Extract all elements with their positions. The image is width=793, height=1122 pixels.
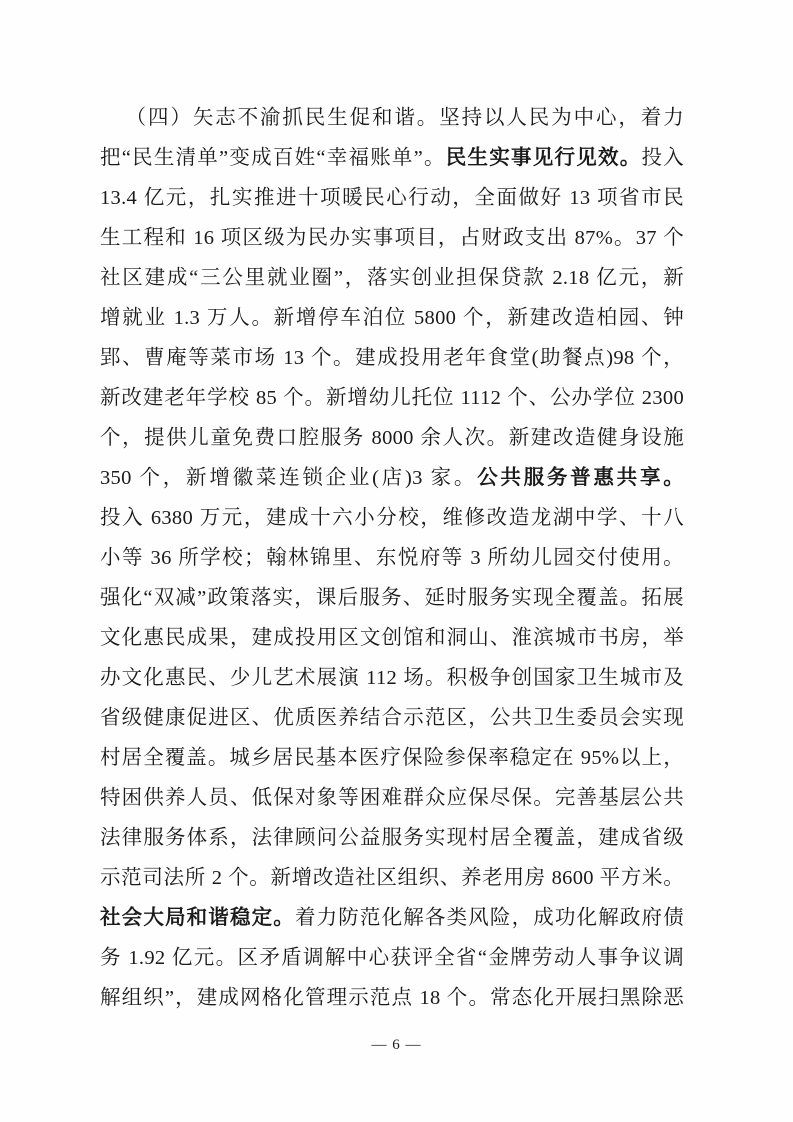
page-footer: — 6 — <box>0 1036 793 1054</box>
body-text: 文化惠民成果，建成投用区文创馆和洞山、淮滨城市书房，举 <box>100 627 684 649</box>
text-line: 13.4 亿元，扎实推进十项暖民心行动，全面做好 13 项省市民 <box>100 178 684 218</box>
body-text: 郢、曹庵等菜市场 13 个。建成投用老年食堂(助餐点)98 个， <box>100 347 684 369</box>
emphasis-text: 社会大局和谐稳定。 <box>100 907 295 929</box>
text-line: 社会大局和谐稳定。着力防范化解各类风险，成功化解政府债 <box>100 898 684 938</box>
body-text: 强化“双减”政策落实，课后服务、延时服务实现全覆盖。拓展 <box>100 587 684 609</box>
text-line: 社区建成“三公里就业圈”，落实创业担保贷款 2.18 亿元，新 <box>100 258 684 298</box>
body-text: （四）矢志不渝抓民生促和谐。坚持以人民为中心，着力 <box>126 107 684 129</box>
body-text: 务 1.92 亿元。区矛盾调解中心获评全省“金牌劳动人事争议调 <box>100 947 684 969</box>
body-text: 社区建成“三公里就业圈”，落实创业担保贷款 2.18 亿元，新 <box>100 267 684 289</box>
document-page: （四）矢志不渝抓民生促和谐。坚持以人民为中心，着力把“民生清单”变成百姓“幸福账… <box>0 0 793 1122</box>
body-text: 特困供养人员、低保对象等困难群众应保尽保。完善基层公共 <box>100 787 684 809</box>
text-line: 新改建老年学校 85 个。新增幼儿托位 1112 个、公办学位 2300 <box>100 378 684 418</box>
body-text: 把“民生清单”变成百姓“幸福账单”。 <box>100 147 446 169</box>
text-line: 把“民生清单”变成百姓“幸福账单”。民生实事见行见效。投入 <box>100 138 684 178</box>
text-line: 法律服务体系，法律顾问公益服务实现村居全覆盖，建成省级 <box>100 818 684 858</box>
body-text: 村居全覆盖。城乡居民基本医疗保险参保率稳定在 95%以上， <box>100 747 684 769</box>
body-text: 增就业 1.3 万人。新增停车泊位 5800 个，新建改造柏园、钟 <box>100 307 684 329</box>
text-line: 解组织”，建成网格化管理示范点 18 个。常态化开展扫黑除恶 <box>100 978 684 1018</box>
body-text: 350 个，新增徽菜连锁企业(店)3 家。 <box>100 467 477 489</box>
report-lines: （四）矢志不渝抓民生促和谐。坚持以人民为中心，着力把“民生清单”变成百姓“幸福账… <box>100 98 684 1018</box>
body-text: 新改建老年学校 85 个。新增幼儿托位 1112 个、公办学位 2300 <box>100 387 684 409</box>
text-line: 个，提供儿童免费口腔服务 8000 余人次。新建改造健身设施 <box>100 418 684 458</box>
text-line: 投入 6380 万元，建成十六小分校，维修改造龙湖中学、十八 <box>100 498 684 538</box>
text-line: 350 个，新增徽菜连锁企业(店)3 家。公共服务普惠共享。 <box>100 458 684 498</box>
text-line: 郢、曹庵等菜市场 13 个。建成投用老年食堂(助餐点)98 个， <box>100 338 684 378</box>
body-text: 省级健康促进区、优质医养结合示范区，公共卫生委员会实现 <box>100 707 684 729</box>
text-line: 生工程和 16 项区级为民办实事项目，占财政支出 87%。37 个 <box>100 218 684 258</box>
text-line: 办文化惠民、少儿艺术展演 112 场。积极争创国家卫生城市及 <box>100 658 684 698</box>
text-line: 增就业 1.3 万人。新增停车泊位 5800 个，新建改造柏园、钟 <box>100 298 684 338</box>
text-line: 强化“双减”政策落实，课后服务、延时服务实现全覆盖。拓展 <box>100 578 684 618</box>
body-text: 投入 6380 万元，建成十六小分校，维修改造龙湖中学、十八 <box>100 507 684 529</box>
emphasis-text: 公共服务普惠共享。 <box>477 467 684 489</box>
text-line: （四）矢志不渝抓民生促和谐。坚持以人民为中心，着力 <box>100 98 684 138</box>
body-text: 办文化惠民、少儿艺术展演 112 场。积极争创国家卫生城市及 <box>100 667 684 689</box>
emphasis-text: 民生实事见行见效。 <box>446 147 642 169</box>
body-text: 生工程和 16 项区级为民办实事项目，占财政支出 87%。37 个 <box>100 227 684 249</box>
text-line: 文化惠民成果，建成投用区文创馆和洞山、淮滨城市书房，举 <box>100 618 684 658</box>
text-line: 小等 36 所学校；翰林锦里、东悦府等 3 所幼儿园交付使用。 <box>100 538 684 578</box>
text-line: 省级健康促进区、优质医养结合示范区，公共卫生委员会实现 <box>100 698 684 738</box>
body-text: 投入 <box>641 147 684 169</box>
body-text: 13.4 亿元，扎实推进十项暖民心行动，全面做好 13 项省市民 <box>100 187 684 209</box>
text-line: 示范司法所 2 个。新增改造社区组织、养老用房 8600 平方米。 <box>100 858 684 898</box>
body-text: 法律服务体系，法律顾问公益服务实现村居全覆盖，建成省级 <box>100 827 684 849</box>
body-text: 小等 36 所学校；翰林锦里、东悦府等 3 所幼儿园交付使用。 <box>100 547 684 569</box>
text-line: 务 1.92 亿元。区矛盾调解中心获评全省“金牌劳动人事争议调 <box>100 938 684 978</box>
page-number: — 6 — <box>372 1037 422 1053</box>
body-text: 解组织”，建成网格化管理示范点 18 个。常态化开展扫黑除恶 <box>100 987 684 1009</box>
text-line: 村居全覆盖。城乡居民基本医疗保险参保率稳定在 95%以上， <box>100 738 684 778</box>
body-text: 着力防范化解各类风险，成功化解政府债 <box>295 907 684 929</box>
body-text: 示范司法所 2 个。新增改造社区组织、养老用房 8600 平方米。 <box>100 867 684 889</box>
body-text: 个，提供儿童免费口腔服务 8000 余人次。新建改造健身设施 <box>100 427 684 449</box>
text-line: 特困供养人员、低保对象等困难群众应保尽保。完善基层公共 <box>100 778 684 818</box>
